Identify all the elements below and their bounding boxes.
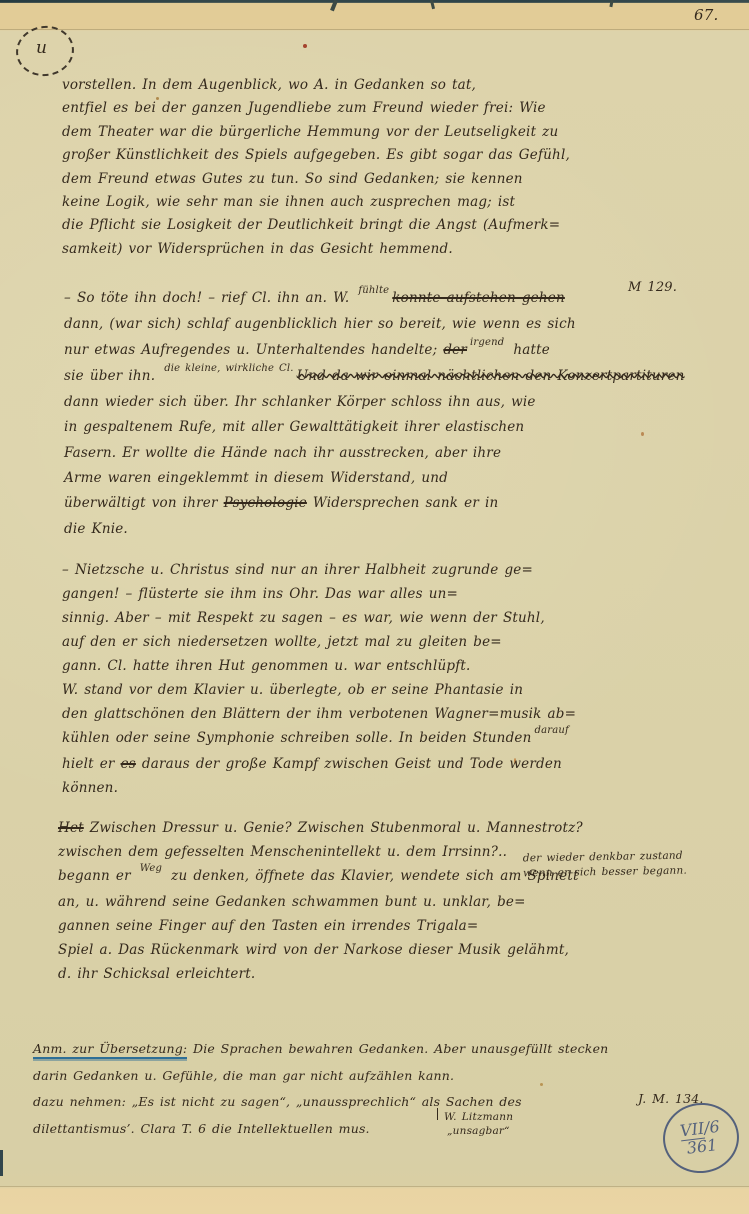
bracket-annotation-text: W. Litzmann [444,1111,513,1123]
manuscript-line: gann. Cl. hatte ihren Hut genommen u. wa… [62,654,576,678]
handwritten-text: dilettantismus’. Clara T. 6 die Intellek… [33,1121,370,1136]
handwritten-text: sinnig. Aber – mit Respekt zu sagen – es… [62,610,545,626]
handwritten-text: d. ihr Schicksal erleichtert. [58,966,255,982]
handwritten-text: daraus der große Kampf zwischen Geist un… [136,756,562,772]
handwritten-text: gann. Cl. hatte ihren Hut genommen u. wa… [62,658,471,674]
handwritten-text: den glattschönen den Blättern der ihm ve… [62,706,576,722]
manuscript-line: großer Künstlichkeit des Spiels aufgegeb… [62,144,570,167]
manuscript-line: keine Logik, wie sehr man sie ihnen auch… [62,191,570,214]
margin-side-note-line: wenn er sich besser begann. [523,864,687,882]
paragraph-1: vorstellen. In dem Augenblick, wo A. in … [62,74,570,261]
manuscript-line: nur etwas Aufregendes u. Unterhaltendes … [64,338,684,364]
interlinear-insertion: fühlte [358,285,389,296]
manuscript-line: an, u. während seine Gedanken schwammen … [58,890,583,914]
manuscript-line: Fasern. Er wollte die Hände nach ihr aus… [64,441,684,466]
struck-through-text: konnte aufstehen gehen [392,290,565,306]
handwritten-text: die Knie. [64,521,128,537]
handwritten-text: kühlen oder seine Symphonie schreiben so… [62,730,532,746]
handwritten-text: hatte [507,342,550,358]
margin-reference-m129: M 129. [628,280,677,295]
corner-mark-letter: u [36,38,47,58]
interlinear-insertion: irgend [470,337,504,348]
manuscript-line: Spiel a. Das Rückenmark wird von der Nar… [58,938,583,962]
manuscript-line: hielt er es daraus der große Kampf zwisc… [62,752,576,776]
handwritten-text: vorstellen. In dem Augenblick, wo A. in … [62,77,476,93]
paragraph-2: – So töte ihn doch! – rief Cl. ihn an. W… [64,286,684,542]
manuscript-line: dann wieder sich über. Ihr schlanker Kör… [64,390,684,415]
paper-fold-line-top [0,29,749,30]
manuscript-line: darin Gedanken u. Gefühle, die man gar n… [33,1063,608,1090]
handwritten-text: auf den er sich niedersetzen wollte, jet… [62,634,502,650]
bracket-annotation-line: „unsagbar“ [437,1124,513,1138]
manuscript-line: d. ihr Schicksal erleichtert. [58,962,583,986]
scan-edge-left [0,1150,3,1176]
handwritten-text: Widersprechen sank er in [307,495,498,511]
scan-edge-top [0,0,749,3]
handwritten-text: dem Theater war die bürgerliche Hemmung … [62,124,558,140]
manuscript-line: gannen seine Finger auf den Tasten ein i… [58,914,583,938]
struck-through-text: es [121,756,136,772]
handwritten-text: dazu nehmen: „Es ist nicht zu sagen“, „u… [33,1094,522,1109]
manuscript-line: auf den er sich niedersetzen wollte, jet… [62,630,576,654]
manuscript-line: den glattschönen den Blättern der ihm ve… [62,702,576,726]
archive-stamp-number: 361 [686,1136,719,1158]
interlinear-insertion: Weg [140,863,162,874]
manuscript-scan: { "page": { "number": "67.", "corner_mar… [0,0,749,1214]
paragraph-3: – Nietzsche u. Christus sind nur an ihre… [62,558,576,800]
manuscript-line: die Pflicht sie Losigkeit der Deutlichke… [62,214,570,237]
handwritten-text: Die Sprachen bewahren Gedanken. Aber una… [187,1041,608,1056]
handwritten-text: keine Logik, wie sehr man sie ihnen auch… [62,194,515,210]
handwritten-text: die Pflicht sie Losigkeit der Deutlichke… [62,217,560,233]
margin-side-note: der wieder denkbar zustand wenn er sich … [523,849,687,882]
manuscript-line: dem Theater war die bürgerliche Hemmung … [62,121,570,144]
archive-stamp-slash: /6 [703,1117,721,1138]
page-number: 67. [694,6,718,24]
paragraph-4: Het Zwischen Dressur u. Genie? Zwischen … [58,816,583,986]
handwritten-text: nur etwas Aufregendes u. Unterhaltendes … [64,342,443,358]
handwritten-text: gannen seine Finger auf den Tasten ein i… [58,918,478,934]
manuscript-line: dem Freund etwas Gutes zu tun. So sind G… [62,168,570,191]
manuscript-line: sinnig. Aber – mit Respekt zu sagen – es… [62,606,576,630]
manuscript-line: entfiel es bei der ganzen Jugendliebe zu… [62,97,570,120]
handwritten-text: können. [62,780,118,796]
struck-through-text: Het [58,820,84,836]
struck-through-text: Und da wir einmal nächtlichen den Konzer… [297,368,685,384]
handwritten-text: entfiel es bei der ganzen Jugendliebe zu… [62,100,546,116]
handwritten-text: – Nietzsche u. Christus sind nur an ihre… [62,562,533,578]
paragraph-5-translation-note: Anm. zur Übersetzung: Die Sprachen bewah… [33,1036,608,1142]
manuscript-line: W. stand vor dem Klavier u. überlegte, o… [62,678,576,702]
handwritten-text: Fasern. Er wollte die Hände nach ihr aus… [64,445,501,461]
handwritten-text: samkeit) vor Widersprüchen in das Gesich… [62,241,453,257]
interlinear-insertion: die kleine, wirkliche Cl. [164,363,293,374]
handwritten-text: gangen! – flüsterte sie ihm ins Ohr. Das… [62,586,458,602]
manuscript-line: zwischen dem gefesselten Menschenintelle… [58,840,583,864]
underlined-heading: Anm. zur Übersetzung: [33,1041,187,1057]
struck-through-text: der [443,342,467,358]
manuscript-line: überwältigt von ihrer Psychologie Widers… [64,491,684,516]
struck-through-text: Psychologie [224,495,307,511]
handwritten-text: begann er [58,868,137,884]
handwritten-text: sie über ihn. [64,368,161,384]
manuscript-line: begann er Weg zu denken, öffnete das Kla… [58,864,583,890]
bracket-annotation: W. Litzmann „unsagbar“ [437,1108,513,1138]
handwritten-text: überwältigt von ihrer [64,495,224,511]
handwritten-text: dann wieder sich über. Ihr schlanker Kör… [64,394,536,410]
manuscript-line: – So töte ihn doch! – rief Cl. ihn an. W… [64,286,684,312]
manuscript-line: dilettantismus’. Clara T. 6 die Intellek… [33,1116,608,1143]
handwritten-text: Arme waren eingeklemmt in diesem Widerst… [64,470,448,486]
manuscript-line: Anm. zur Übersetzung: Die Sprachen bewah… [33,1036,608,1063]
handwritten-text: großer Künstlichkeit des Spiels aufgegeb… [62,147,570,163]
paper-fold-line-bottom [0,1186,749,1187]
manuscript-line: gangen! – flüsterte sie ihm ins Ohr. Das… [62,582,576,606]
manuscript-line: Het Zwischen Dressur u. Genie? Zwischen … [58,816,583,840]
handwritten-text: darin Gedanken u. Gefühle, die man gar n… [33,1068,454,1083]
bracket-icon [437,1108,442,1120]
bracket-annotation-line: W. Litzmann [437,1108,513,1124]
manuscript-line: in gespaltenem Rufe, mit aller Gewalttät… [64,415,684,440]
handwritten-text: hielt er [62,756,121,772]
handwritten-text: – So töte ihn doch! – rief Cl. ihn an. W… [64,290,355,306]
handwritten-text: dann, (war sich) schlaf augenblicklich h… [64,316,576,332]
manuscript-line: dann, (war sich) schlaf augenblicklich h… [64,312,684,337]
interlinear-insertion: darauf [535,725,569,736]
manuscript-line: sie über ihn. die kleine, wirkliche Cl.U… [64,364,684,390]
paper-speck [303,44,307,48]
handwritten-text: an, u. während seine Gedanken schwammen … [58,894,526,910]
handwritten-text: Spiel a. Das Rückenmark wird von der Nar… [58,942,569,958]
manuscript-line: die Knie. [64,517,684,542]
handwritten-text: dem Freund etwas Gutes zu tun. So sind G… [62,171,523,187]
handwritten-text: Zwischen Dressur u. Genie? Zwischen Stub… [84,820,583,836]
handwritten-text: zwischen dem gefesselten Menschenintelle… [58,844,507,860]
handwritten-text: W. stand vor dem Klavier u. überlegte, o… [62,682,523,698]
manuscript-line: können. [62,776,576,800]
manuscript-line: – Nietzsche u. Christus sind nur an ihre… [62,558,576,582]
manuscript-line: dazu nehmen: „Es ist nicht zu sagen“, „u… [33,1089,608,1116]
manuscript-line: Arme waren eingeklemmt in diesem Widerst… [64,466,684,491]
handwritten-text: in gespaltenem Rufe, mit aller Gewalttät… [64,419,524,435]
handwritten-text: zu denken, öffnete das Klavier, wendete … [165,868,578,884]
manuscript-line: vorstellen. In dem Augenblick, wo A. in … [62,74,570,97]
manuscript-line: samkeit) vor Widersprüchen in das Gesich… [62,238,570,261]
manuscript-line: kühlen oder seine Symphonie schreiben so… [62,726,576,752]
